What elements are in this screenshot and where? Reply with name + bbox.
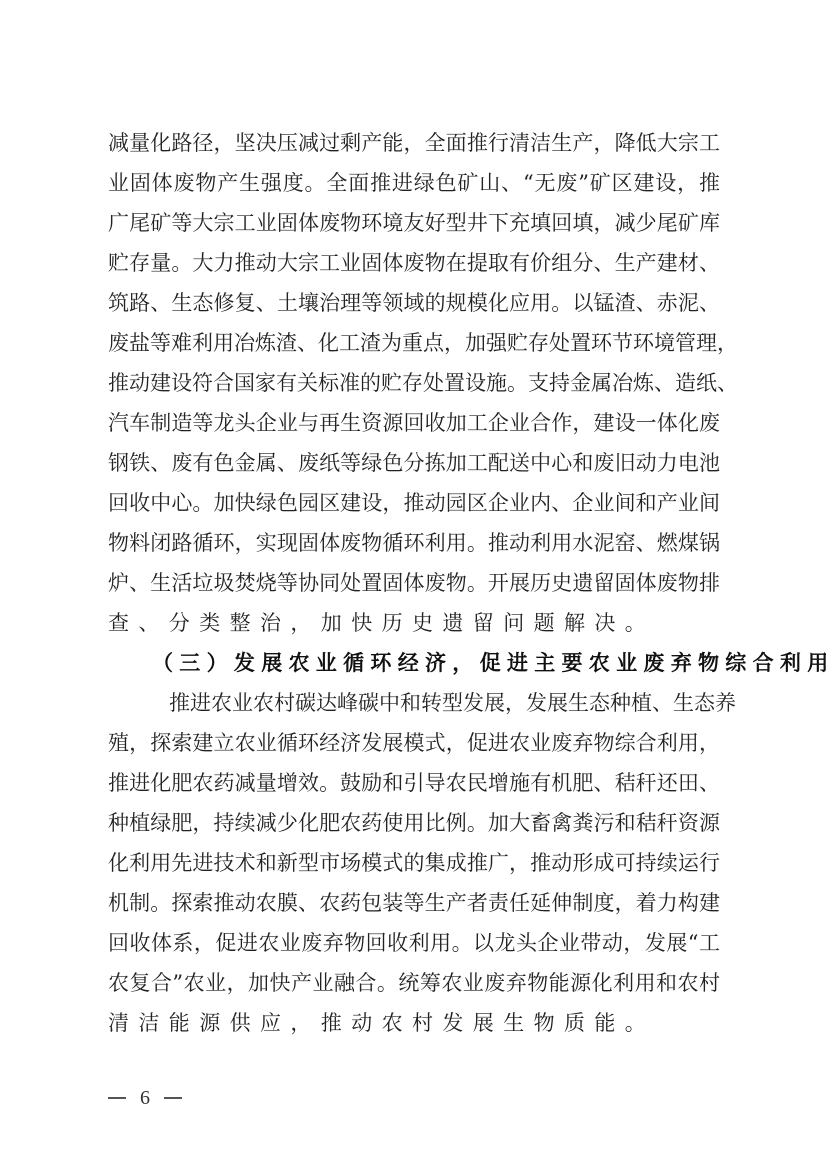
document-body: 减量化路径，坚决压减过剩产能，全面推行清洁生产，降低大宗工 业固体废物产生强度。… (108, 123, 720, 1043)
text-line: 推进农业农村碳达峰碳中和转型发展，发展生态种植、生态养 (108, 683, 720, 723)
text-line: 业固体废物产生强度。全面推进绿色矿山、“无废”矿区建设，推 (108, 163, 720, 203)
text-line: 殖，探索建立农业循环经济发展模式，促进农业废弃物综合利用， (108, 723, 720, 763)
text-line: 化利用先进技术和新型市场模式的集成推广，推动形成可持续运行 (108, 843, 720, 883)
text-line: 贮存量。大力推动大宗工业固体废物在提取有价组分、生产建材、 (108, 243, 720, 283)
dash-right-icon (164, 1097, 182, 1099)
text-line: 钢铁、废有色金属、废纸等绿色分拣加工配送中心和废旧动力电池 (108, 443, 720, 483)
text-line: 物料闭路循环，实现固体废物循环利用。推动利用水泥窑、燃煤锅 (108, 523, 720, 563)
text-line: 炉、生活垃圾焚烧等协同处置固体废物。开展历史遗留固体废物排 (108, 563, 720, 603)
text-line: 回收体系，促进农业废弃物回收利用。以龙头企业带动，发展“工 (108, 923, 720, 963)
text-line: 广尾矿等大宗工业固体废物环境友好型井下充填回填，减少尾矿库 (108, 203, 720, 243)
text-line: 查、分类整治，加快历史遗留问题解决。 (108, 603, 720, 643)
text-line: 推动建设符合国家有关标准的贮存处置设施。支持金属冶炼、造纸、 (108, 363, 720, 403)
text-line: 清洁能源供应，推动农村发展生物质能。 (108, 1003, 720, 1043)
page-number: 6 (140, 1086, 150, 1110)
text-line: 废盐等难利用冶炼渣、化工渣为重点，加强贮存处置环节环境管理， (108, 323, 720, 363)
text-line: 减量化路径，坚决压减过剩产能，全面推行清洁生产，降低大宗工 (108, 123, 720, 163)
dash-left-icon (108, 1097, 126, 1099)
paragraph-solid-waste: 减量化路径，坚决压减过剩产能，全面推行清洁生产，降低大宗工 业固体废物产生强度。… (108, 123, 720, 643)
text-line: 农复合”农业，加快产业融合。统筹农业废弃物能源化利用和农村 (108, 963, 720, 1003)
text-line: 推进化肥农药减量增效。鼓励和引导农民增施有机肥、秸秆还田、 (108, 763, 720, 803)
text-line: 机制。探索推动农膜、农药包装等生产者责任延伸制度，着力构建 (108, 883, 720, 923)
page-number-footer: 6 (108, 1086, 182, 1110)
text-line: 筑路、生态修复、土壤治理等领域的规模化应用。以锰渣、赤泥、 (108, 283, 720, 323)
paragraph-agriculture: 推进农业农村碳达峰碳中和转型发展，发展生态种植、生态养 殖，探索建立农业循环经济… (108, 683, 720, 1043)
document-page: 减量化路径，坚决压减过剩产能，全面推行清洁生产，降低大宗工 业固体废物产生强度。… (0, 0, 826, 1169)
text-line: 汽车制造等龙头企业与再生资源回收加工企业合作，建设一体化废 (108, 403, 720, 443)
text-line: 回收中心。加快绿色园区建设，推动园区企业内、企业间和产业间 (108, 483, 720, 523)
text-line: 种植绿肥，持续减少化肥农药使用比例。加大畜禽粪污和秸秆资源 (108, 803, 720, 843)
section-heading: （三）发展农业循环经济，促进主要农业废弃物综合利用。 (108, 643, 720, 683)
